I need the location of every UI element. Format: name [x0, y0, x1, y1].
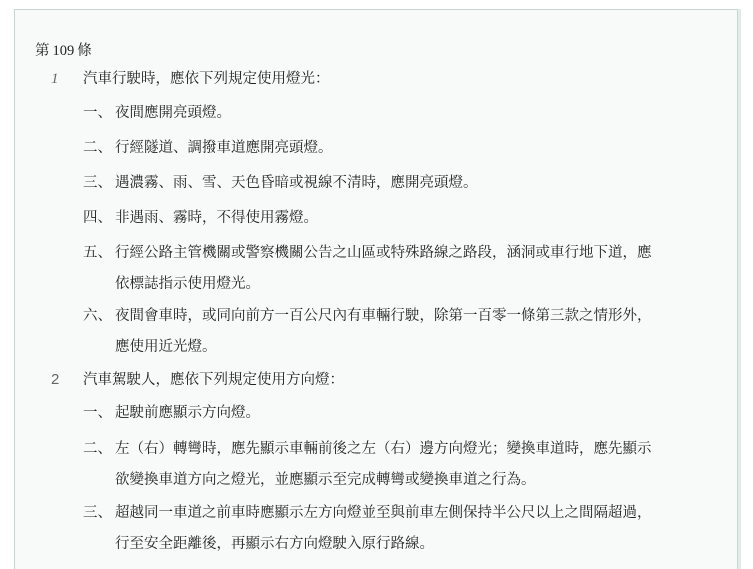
list-item: 三、 遇濃霧、雨、雪、天色昏暗或視線不清時，應開亮頭燈。: [83, 168, 713, 199]
paragraph-text: 汽車行駛時，應依下列規定使用燈光：: [83, 69, 330, 89]
list-item: 二、 左（右）轉彎時，應先顯示車輛前後之左（右）邊方向燈光；變換車道時，應先顯示…: [83, 434, 713, 496]
paragraph-text: 汽車駕駛人，應依下列規定使用方向燈：: [83, 370, 344, 390]
item-line: 行經公路主管機關或警察機關公告之山區或特殊路線之路段，涵洞或車行地下道，應: [115, 238, 713, 269]
article-prefix: 第: [35, 43, 50, 59]
item-mark: 一、: [83, 98, 112, 129]
item-mark: 六、: [83, 301, 112, 332]
item-line: 夜間應開亮頭燈。: [115, 98, 713, 129]
list-item: 一、 起駛前應顯示方向燈。: [83, 398, 713, 429]
list-item: 一、 夜間應開亮頭燈。: [83, 98, 713, 129]
list-item: 三、 超越同一車道之前車時應顯示左方向燈並至與前車左側保持半公尺以上之間隔超過，…: [83, 498, 713, 559]
article-title: 第109條: [35, 41, 92, 61]
item-line: 遇濃霧、雨、雪、天色昏暗或視線不清時，應開亮頭燈。: [115, 168, 713, 199]
item-mark: 五、: [83, 238, 112, 269]
list-item: 四、 非遇雨、霧時，不得使用霧燈。: [83, 203, 713, 234]
item-line: 左（右）轉彎時，應先顯示車輛前後之左（右）邊方向燈光；變換車道時，應先顯示: [115, 434, 713, 465]
item-line: 起駛前應顯示方向燈。: [115, 398, 713, 429]
list-item: 二、 行經隧道、調撥車道應開亮頭燈。: [83, 133, 713, 164]
paragraph-number: 1: [51, 69, 59, 89]
list-item: 六、 夜間會車時，或同向前方一百公尺內有車輛行駛，除第一百零一條第三款之情形外，…: [83, 301, 713, 363]
paragraph-number: 2: [51, 370, 59, 390]
item-line: 超越同一車道之前車時應顯示左方向燈並至與前車左側保持半公尺以上之間隔超過，: [115, 498, 713, 529]
list-item: 五、 行經公路主管機關或警察機關公告之山區或特殊路線之路段，涵洞或車行地下道，應…: [83, 238, 713, 300]
item-line: 依標誌指示使用燈光。: [115, 269, 713, 300]
item-mark: 三、: [83, 498, 112, 529]
article-number: 109: [53, 43, 75, 59]
article-panel: 第109條 1 汽車行駛時，應依下列規定使用燈光： 一、 夜間應開亮頭燈。 二、…: [14, 9, 738, 559]
item-line: 行經隧道、調撥車道應開亮頭燈。: [115, 133, 713, 164]
item-mark: 四、: [83, 203, 112, 234]
item-line: 行至安全距離後，再顯示右方向燈駛入原行路線。: [115, 529, 713, 559]
item-mark: 三、: [83, 168, 112, 199]
item-line: 欲變換車道方向之燈光，並應顯示至完成轉彎或變換車道之行為。: [115, 465, 713, 496]
article-suffix: 條: [77, 43, 92, 59]
item-mark: 二、: [83, 133, 112, 164]
item-line: 夜間會車時，或同向前方一百公尺內有車輛行駛，除第一百零一條第三款之情形外，: [115, 301, 713, 332]
item-mark: 一、: [83, 398, 112, 429]
item-line: 應使用近光燈。: [115, 332, 713, 363]
item-line: 非遇雨、霧時，不得使用霧燈。: [115, 203, 713, 234]
item-mark: 二、: [83, 434, 112, 465]
